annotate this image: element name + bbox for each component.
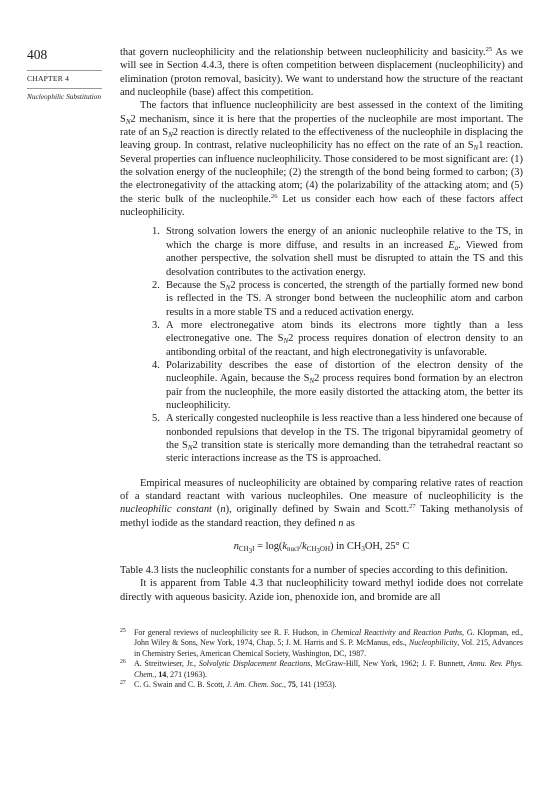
paragraph-4: Table 4.3 lists the nucleophilic constan… [120, 564, 523, 577]
citation-journal: J. Am. Chem. Soc. [227, 680, 285, 689]
text: ), originally defined by Swain and Scott… [226, 504, 410, 515]
chapter-title: Nucleophilic Substitution [27, 92, 101, 101]
footnote-27: 27C. G. Swain and C. B. Scott, J. Am. Ch… [120, 680, 523, 690]
paragraph-5: It is apparent from Table 4.3 that nucle… [120, 577, 523, 604]
citation-title: Solvolytic Displacement Reactions [199, 659, 310, 668]
text: C. G. Swain and C. B. Scott, [134, 680, 227, 689]
text: CH [307, 545, 317, 553]
footnote-25: 25For general reviews of nucleophilicity… [120, 628, 523, 659]
citation-title: Nucleophilicity [409, 638, 457, 647]
text: Because the S [166, 280, 226, 291]
list-item: 4.Polarizability describes the ease of d… [134, 359, 523, 412]
page-number: 408 [27, 47, 47, 63]
margin-rule-top [27, 70, 102, 71]
text: = log( [254, 541, 282, 552]
list-item: 3.A more electronegative atom binds its … [134, 319, 523, 359]
citation-volume: 75 [288, 680, 296, 689]
list-item: 1.Strong solvation lowers the energy of … [134, 225, 523, 278]
chapter-label: CHAPTER 4 [27, 74, 69, 83]
main-text: that govern nucleophilicity and the rela… [120, 46, 523, 604]
footnotes: 25For general reviews of nucleophilicity… [120, 628, 523, 690]
list-number: 1. [152, 225, 160, 238]
list-item: 5.A sterically congested nucleophile is … [134, 412, 523, 465]
text: , McGraw-Hill, New York, 1962; J. F. Bun… [310, 659, 468, 668]
text: as [343, 518, 354, 529]
margin-rule-bottom [27, 88, 102, 89]
factor-list: 1.Strong solvation lowers the energy of … [120, 225, 523, 465]
footnote-26: 26A. Streitwieser, Jr., Solvolytic Displ… [120, 659, 523, 680]
text: , 271 (1963). [166, 670, 207, 679]
list-number: 3. [152, 319, 160, 332]
footnote-mark: 27 [120, 678, 126, 688]
text: that govern nucleophilicity and the rela… [120, 47, 486, 58]
text: For general reviews of nucleophilicity s… [134, 628, 331, 637]
footnote-mark: 26 [120, 657, 126, 667]
list-number: 5. [152, 412, 160, 425]
text: , 141 (1953). [296, 680, 337, 689]
footnote-mark: 25 [120, 626, 126, 636]
equation-nucleophilic-constant: nCH3I = log(knucl/kCH3OH) in CH3OH, 25° … [120, 540, 523, 554]
text: CH [239, 545, 249, 553]
text: 2 transition state is sterically more de… [166, 440, 523, 464]
text: 2 reaction is directly related to the ef… [120, 127, 523, 151]
text: Empirical measures of nucleophilicity ar… [120, 478, 523, 502]
eq-subscript: nucl [287, 545, 299, 553]
text: OH, 25° C [365, 541, 409, 552]
term-nucleophilic-constant: nucleophilic constant [120, 504, 212, 515]
list-number: 2. [152, 279, 160, 292]
paragraph-3: Empirical measures of nucleophilicity ar… [120, 477, 523, 530]
eq-subscript: CH3I [239, 545, 255, 553]
text: A. Streitwieser, Jr., [134, 659, 199, 668]
eq-subscript: CH3OH [307, 545, 330, 553]
text: ) in CH [330, 541, 361, 552]
citation-title: Chemical Reactivity and Reaction Paths [331, 628, 462, 637]
text: OH [320, 545, 330, 553]
paragraph-2: The factors that influence nucleophilici… [120, 99, 523, 219]
list-number: 4. [152, 359, 160, 372]
paragraph-1: that govern nucleophilicity and the rela… [120, 46, 523, 99]
list-item: 2.Because the SN2 process is concerted, … [134, 279, 523, 319]
